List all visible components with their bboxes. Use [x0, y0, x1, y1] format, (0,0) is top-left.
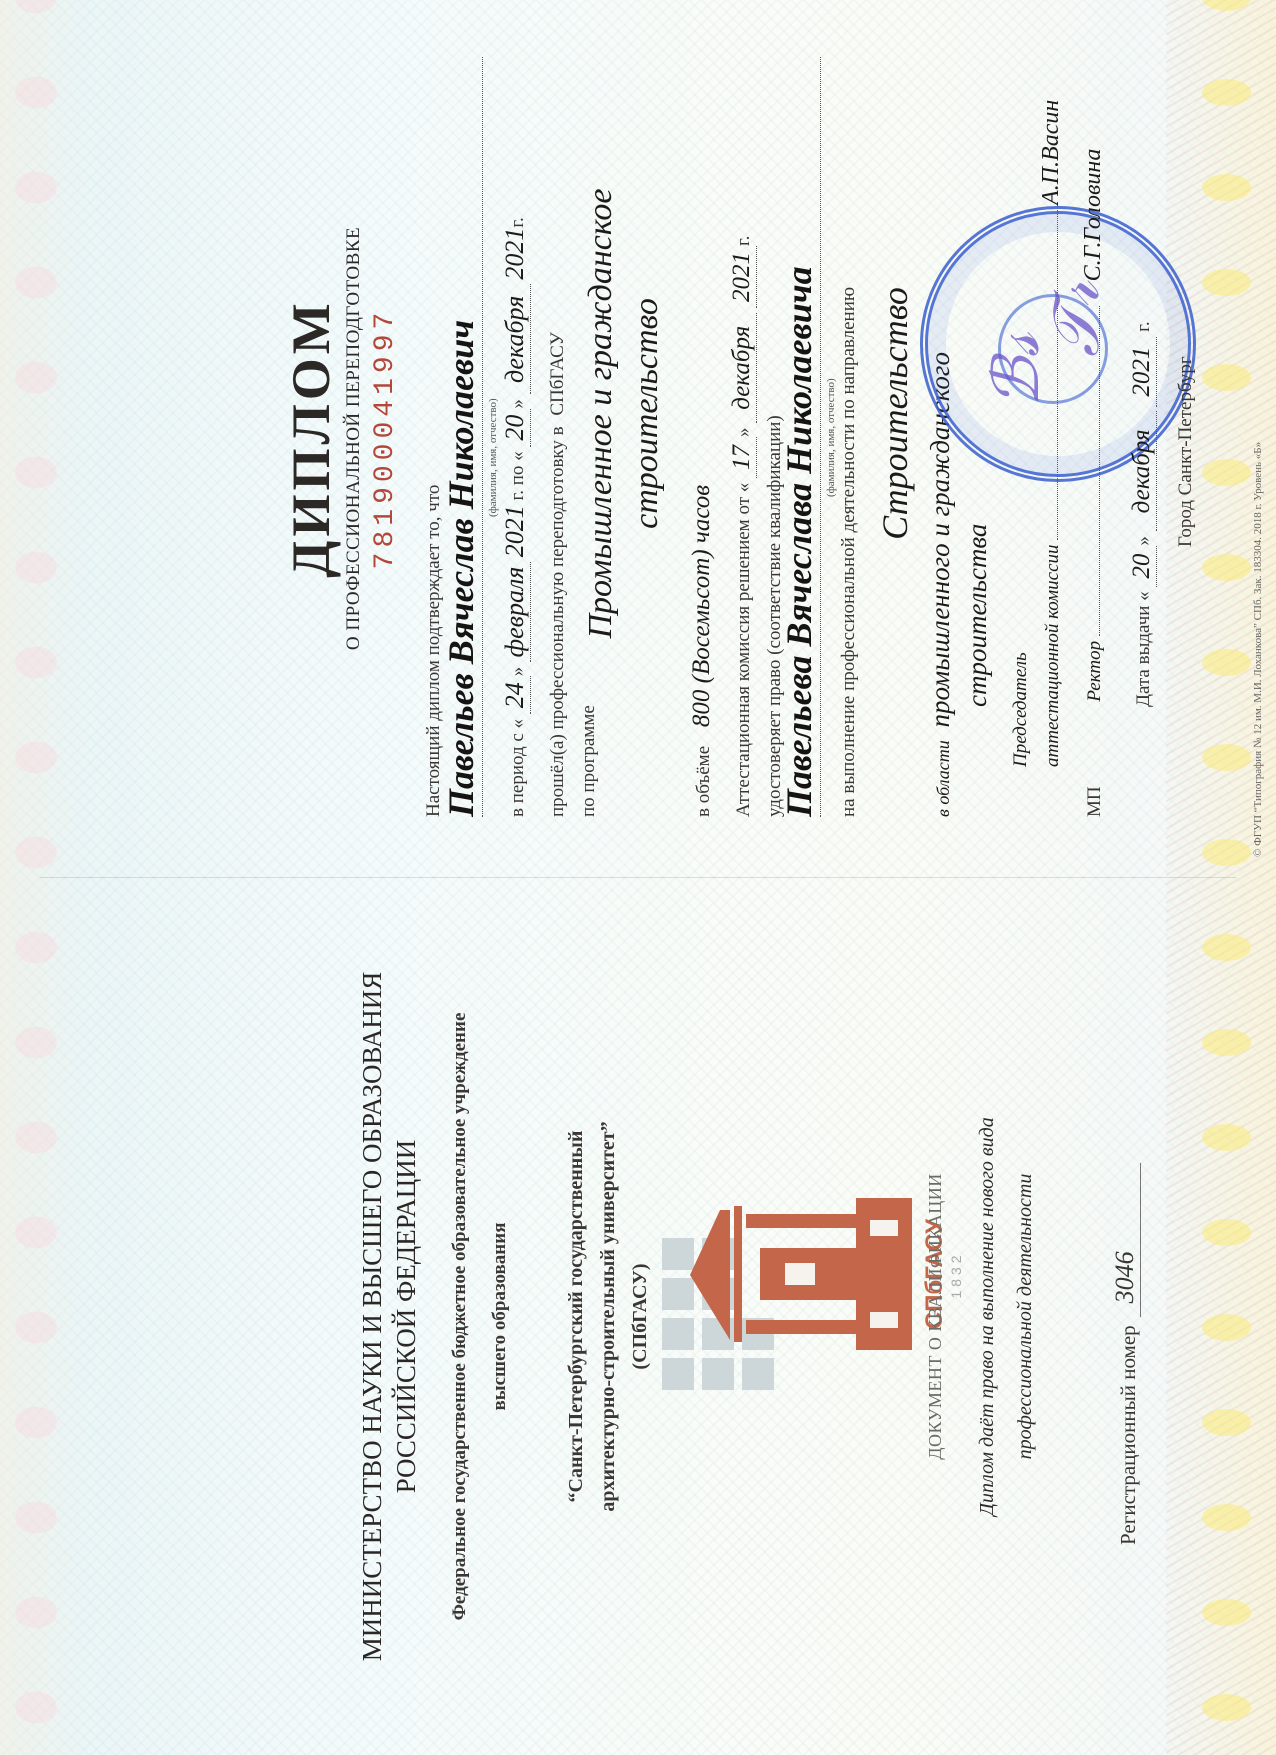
diploma-note-line-2: профессиональной деятельности — [1006, 1028, 1044, 1605]
institution-type-line-2: высшего образования — [480, 948, 520, 1685]
holder-name-row: Павельев Вячеслав Николаевич — [440, 40, 483, 817]
chairman-label-2: аттестационной комиссии — [1042, 544, 1063, 767]
ministry-line-1: МИНИСТЕРСТВО НАУКИ И ВЫСШЕГО ОБРАЗОВАНИЯ — [355, 948, 389, 1685]
logo-year: 1832 — [948, 1160, 964, 1460]
rector-label: Ректор — [1084, 641, 1105, 702]
holder-name-genitive: Павельева Вячеслава Николаевича — [778, 57, 821, 817]
rector-name: С.Г.Головина — [1080, 149, 1106, 282]
diploma-note-line-1: Диплом даёт право на выполнение нового в… — [968, 1028, 1006, 1605]
ministry-line-2: РОССИЙСКОЙ ФЕДЕРАЦИИ — [389, 948, 423, 1685]
university-logo: СПбГАСУ 1832 — [650, 1160, 950, 1460]
period-to-year: 2021 — [500, 228, 529, 280]
direction-label-row: на выполнение профессиональной деятельно… — [838, 40, 860, 817]
period-to-day: 20 — [500, 409, 531, 447]
ministry-name: МИНИСТЕРСТВО НАУКИ И ВЫСШЕГО ОБРАЗОВАНИЯ… — [355, 948, 423, 1685]
holder-name: Павельев Вячеслав Николаевич — [440, 57, 483, 817]
volume-value: 800 (Восемьсот) часов — [688, 485, 715, 727]
rector-signature: 𝒯𝓇 — [1040, 281, 1114, 357]
commission-row: Аттестационная комиссия решением от « 17… — [728, 40, 757, 817]
field-line-2: строительства — [962, 524, 992, 707]
commission-suffix: г. — [733, 236, 754, 246]
completed-label: прошёл(а) профессиональную переподготовк… — [547, 426, 568, 817]
period-from-month: февраля — [500, 562, 531, 662]
issue-date-suffix: г. — [1133, 321, 1154, 331]
registration-label: Регистрационный номер — [1116, 1325, 1141, 1545]
holder-genitive-row: Павельева Вячеслава Николаевича — [778, 40, 821, 817]
print-info: © ФГУП “Типография № 12 им. М.И. Лоханко… — [1252, 442, 1264, 857]
holder-name-caption: (фамилия, имя, отчество) — [487, 398, 499, 517]
commission-day: 17 — [728, 437, 757, 478]
institution-type-line-1: Федеральное государственное бюджетное об… — [440, 948, 480, 1685]
period-prefix: в период с « — [507, 719, 528, 817]
period-to-month: декабря — [500, 284, 531, 394]
program-name: Промышленное и гражданское строительство — [578, 40, 670, 787]
document-type: ДОКУМЕНТ О КВАЛИФИКАЦИИ — [925, 948, 946, 1685]
commission-year: 2021 — [728, 246, 757, 308]
university-line-2: архитектурно-строительный университет” — [592, 948, 624, 1685]
field-label: в области — [933, 740, 953, 817]
seal-label: МП — [1084, 786, 1105, 817]
city: Город Санкт-Петербург — [1175, 356, 1196, 547]
period-row: в период с « 24» февраля 2021 г. по « 20… — [500, 40, 531, 817]
diploma-note: Диплом даёт право на выполнение нового в… — [968, 1028, 1044, 1605]
issue-date-month: декабря — [1128, 411, 1157, 531]
direction-value: Строительство — [872, 40, 918, 787]
chairman-label-1: Председатель — [1010, 652, 1031, 767]
volume-row: в объёме 800 (Восемьсот) часов — [688, 40, 716, 817]
volume-label: в объёме — [693, 746, 714, 817]
city-row: Город Санкт-Петербург — [1175, 40, 1197, 547]
institution-abbr: СПбГАСУ — [547, 332, 568, 416]
period-to-label: г. по « — [507, 451, 528, 500]
diploma-number: 781900041997 — [370, 0, 401, 877]
issue-date-label: Дата выдачи « — [1133, 591, 1154, 707]
holder-genitive-caption: (фамилия, имя, отчество) — [825, 378, 837, 497]
diploma-subtitle: О ПРОФЕССИОНАЛЬНОЙ ПЕРЕПОДГОТОВКЕ — [343, 0, 365, 877]
program-line-2: строительство — [624, 40, 670, 787]
diploma-title: ДИПЛОМ — [280, 0, 342, 877]
left-page: МИНИСТЕРСТВО НАУКИ И ВЫСШЕГО ОБРАЗОВАНИЯ… — [0, 878, 1276, 1755]
period-from-day: 24 — [500, 676, 531, 714]
period-from-year: 2021 — [500, 505, 529, 557]
commission-month: декабря — [728, 313, 757, 423]
registration-number: Регистрационный номер 3046 — [1110, 1163, 1141, 1545]
completed-row: прошёл(а) профессиональную переподготовк… — [547, 40, 569, 817]
university-name: “Санкт-Петербургский государственный арх… — [560, 948, 656, 1685]
chairman-name: А.П.Васин — [1038, 100, 1064, 205]
registration-value: 3046 — [1110, 1163, 1141, 1317]
university-line-1: “Санкт-Петербургский государственный — [560, 948, 592, 1685]
diploma-spread: МИНИСТЕРСТВО НАУКИ И ВЫСШЕГО ОБРАЗОВАНИЯ… — [0, 0, 1276, 1755]
institution-type: Федеральное государственное бюджетное об… — [440, 948, 520, 1685]
rector-row: МП Ректор С.Г.Головина — [1080, 40, 1107, 817]
program-line-1: Промышленное и гражданское — [578, 40, 624, 787]
commission-label: Аттестационная комиссия решением от « — [733, 483, 754, 817]
period-suffix: г. — [507, 217, 528, 227]
issue-date-year: 2021 — [1128, 337, 1157, 407]
issue-date-row: Дата выдачи « 20» декабря 2021 г. — [1128, 40, 1157, 707]
issue-date-day: 20 — [1128, 546, 1157, 587]
right-page: ДИПЛОМ О ПРОФЕССИОНАЛЬНОЙ ПЕРЕПОДГОТОВКЕ… — [0, 0, 1276, 877]
direction-label: на выполнение профессиональной деятельно… — [838, 287, 859, 817]
